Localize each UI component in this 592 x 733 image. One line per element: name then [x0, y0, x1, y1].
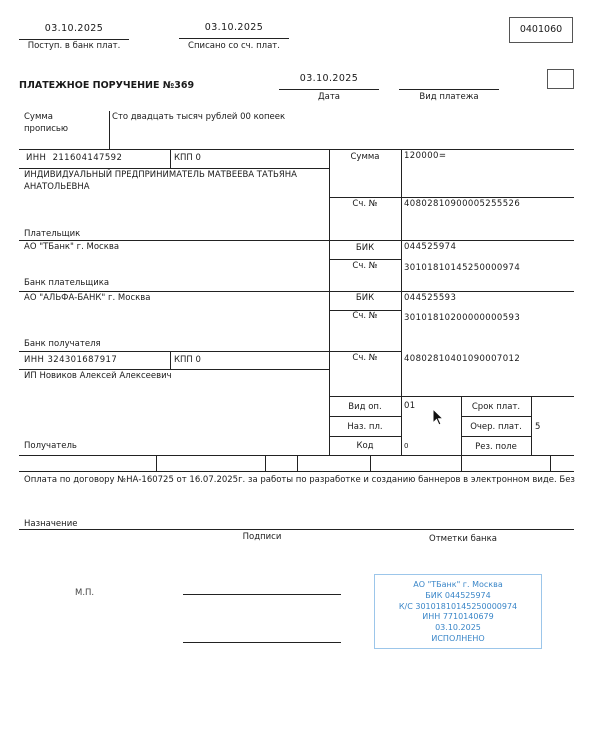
- divider: [329, 436, 401, 437]
- payer-bank-account: 30101810145250000974: [404, 263, 520, 273]
- stamp-line: БИК 044525974: [375, 591, 541, 602]
- status-box: [547, 69, 574, 89]
- purpose-label: Назначение: [24, 519, 77, 529]
- payee-bank-account-label: Сч. №: [329, 311, 401, 321]
- received-label: Поступ. в банк плат.: [19, 41, 129, 51]
- priority-value: 5: [535, 422, 540, 432]
- payer-label: Плательщик: [24, 229, 80, 239]
- payer-kpp-label: КПП: [174, 153, 193, 163]
- divider: [170, 351, 171, 369]
- divider: [19, 168, 329, 169]
- reserve-label: Рез. поле: [461, 442, 531, 452]
- payer-bik-label: БИК: [329, 243, 401, 253]
- payee-bank-label: Банк получателя: [24, 339, 101, 349]
- op-type-value: 01: [404, 401, 416, 411]
- payment-type-label: Вид платежа: [399, 92, 499, 102]
- divider: [461, 416, 531, 417]
- divider: [19, 471, 574, 472]
- payer-account-label: Сч. №: [329, 199, 401, 209]
- divider: [19, 291, 574, 292]
- stamp-place-label: М.П.: [75, 588, 94, 598]
- divider: [170, 149, 171, 168]
- signature-line-1: [183, 594, 341, 595]
- payee-inn: ИНН 324301687917: [24, 355, 117, 365]
- payee-bik-label: БИК: [329, 293, 401, 303]
- bank-marks-label: Отметки банка: [418, 534, 508, 544]
- page-title: ПЛАТЕЖНОЕ ПОРУЧЕНИЕ №369: [19, 80, 194, 91]
- divider: [550, 455, 551, 471]
- divider: [461, 455, 462, 471]
- payee-kpp-value: 0: [196, 355, 201, 365]
- divider: [399, 89, 499, 90]
- payee-label: Получатель: [24, 441, 77, 451]
- amount-label: Сумма: [329, 152, 401, 162]
- stamp-line: ИСПОЛНЕНО: [375, 634, 541, 645]
- payee-inn-value: 324301687917: [47, 355, 117, 365]
- debited-date: 03.10.2025: [179, 22, 289, 33]
- payee-account-label: Сч. №: [329, 353, 401, 363]
- amount-words-label: Сумма прописью: [24, 111, 94, 135]
- divider: [329, 259, 401, 260]
- divider: [329, 396, 574, 397]
- payer-bank-name: АО "ТБанк" г. Москва: [24, 242, 119, 252]
- signature-line-2: [183, 642, 341, 643]
- divider: [19, 240, 574, 241]
- due-label: Срок плат.: [461, 402, 531, 412]
- date-label: Дата: [279, 92, 379, 102]
- payee-name: ИП Новиков Алексей Алексеевич: [24, 371, 172, 381]
- divider: [531, 396, 532, 455]
- divider: [401, 197, 574, 198]
- document-date: 03.10.2025: [279, 73, 379, 84]
- stamp-line: 03.10.2025: [375, 623, 541, 634]
- signatures-label: Подписи: [222, 532, 302, 542]
- payee-inn-label: ИНН: [24, 355, 44, 365]
- payer-bank-label: Банк плательщика: [24, 278, 109, 288]
- priority-label: Очер. плат.: [461, 422, 531, 432]
- form-code: 0401060: [520, 24, 562, 35]
- stamp-line: К/С 30101810145250000974: [375, 602, 541, 613]
- payee-bik: 044525593: [404, 293, 456, 303]
- form-code-box: 0401060: [509, 17, 573, 43]
- divider: [370, 455, 371, 471]
- stamp-line: АО "ТБанк" г. Москва: [375, 580, 541, 591]
- divider: [329, 351, 401, 352]
- mouse-cursor-icon: [432, 408, 446, 428]
- payer-kpp: КПП 0: [174, 153, 201, 163]
- payee-kpp-label: КПП: [174, 355, 193, 365]
- payer-account: 40802810900005255526: [404, 199, 520, 209]
- divider: [19, 351, 329, 352]
- code-label: Код: [329, 441, 401, 451]
- payee-bank-account: 30101810200000000593: [404, 313, 520, 323]
- stamp-line: ИНН 7710140679: [375, 612, 541, 623]
- bank-stamp: АО "ТБанк" г. Москва БИК 044525974 К/С 3…: [374, 574, 542, 649]
- payer-name: ИНДИВИДУАЛЬНЫЙ ПРЕДПРИНИМАТЕЛЬ МАТВЕЕВА …: [24, 170, 324, 193]
- code-value: 0: [404, 442, 408, 450]
- divider: [109, 111, 110, 149]
- debited-label: Списано со сч. плат.: [179, 41, 289, 51]
- divider: [279, 89, 379, 90]
- payer-inn-label: ИНН: [26, 153, 46, 163]
- divider: [461, 436, 531, 437]
- divider: [297, 455, 298, 471]
- divider: [265, 455, 266, 471]
- divider: [329, 416, 401, 417]
- divider: [19, 39, 129, 40]
- received-date: 03.10.2025: [20, 23, 128, 34]
- payer-kpp-value: 0: [196, 153, 201, 163]
- payer-inn: ИНН 211604147592: [26, 153, 122, 163]
- purpose-code-label: Наз. пл.: [329, 422, 401, 432]
- divider: [156, 455, 157, 471]
- purpose-text: Оплата по договору №НА-160725 от 16.07.2…: [24, 475, 576, 485]
- divider: [19, 529, 574, 530]
- divider: [19, 149, 574, 150]
- amount-value: 120000=: [404, 151, 446, 161]
- payee-kpp: КПП 0: [174, 355, 201, 365]
- payer-bik: 044525974: [404, 242, 456, 252]
- payee-bank-name: АО "АЛЬФА-БАНК" г. Москва: [24, 293, 150, 303]
- divider: [329, 197, 401, 198]
- divider: [401, 149, 402, 455]
- payer-inn-value: 211604147592: [53, 153, 123, 163]
- divider: [19, 369, 329, 370]
- divider: [179, 38, 289, 39]
- op-type-label: Вид оп.: [329, 402, 401, 412]
- payer-bank-account-label: Сч. №: [329, 261, 401, 271]
- payee-account: 40802810401090007012: [404, 354, 520, 364]
- amount-words-value: Сто двадцать тысяч рублей 00 копеек: [112, 112, 285, 122]
